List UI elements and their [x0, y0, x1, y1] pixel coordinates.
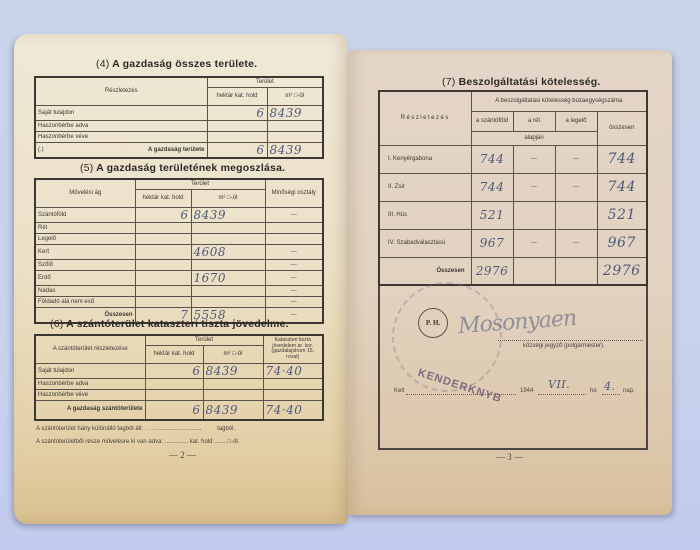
- left-page: (4) A gazdaság összes területe. Részlete…: [14, 34, 348, 524]
- table-row: Haszonbérbe adva: [35, 120, 323, 131]
- day-line: [602, 394, 620, 395]
- header-reszletezes: A szántóterület részletezése: [35, 335, 145, 363]
- header-reszletezes: Részletezés: [379, 91, 471, 145]
- seal-placeholder: P. H.: [418, 308, 448, 338]
- table-row: Haszonbérbe adva: [35, 378, 323, 389]
- month: VII.: [548, 378, 570, 391]
- table-row: Haszonbérbe véve: [35, 131, 323, 142]
- header-muvelesi-ag: Művelési ág: [35, 179, 135, 207]
- header-total: összesen: [597, 111, 647, 145]
- section7-title: (7) Beszolgáltatási kötelesség.: [442, 76, 601, 88]
- day-suffix: nap.: [623, 388, 635, 394]
- table-row: Saját tulajdon 6 8439 74·40: [35, 363, 323, 378]
- month-suffix: hó: [590, 388, 597, 394]
- month-line: [538, 394, 586, 395]
- table-row: Haszonbérbe véve: [35, 389, 323, 400]
- table-row: Nádas —: [35, 285, 323, 296]
- total-row: A gazdaság szántóterülete 6 8439 74·40: [35, 400, 323, 420]
- section4-title: (4) A gazdaság összes területe.: [96, 58, 257, 70]
- parcel-count-line: A szántóterület hány különálló tagból ál…: [36, 426, 235, 432]
- page-number-3: — 3 —: [496, 452, 523, 462]
- right-page: (7) Beszolgáltatási kötelesség. Részlete…: [348, 50, 672, 515]
- table-row: Kert 4608 —: [35, 244, 323, 259]
- leased-area-line: A szántóterületből része művelésre ki va…: [36, 439, 239, 445]
- page-number-2: — 2 —: [169, 450, 196, 460]
- section7-table: Részletezés A beszolgáltatási kötelesség…: [378, 90, 648, 286]
- total-row: Összesen 2976 2976: [379, 257, 647, 285]
- header-hectare: hektár kat. hold: [207, 87, 267, 105]
- table-row: II. Zsír 744 — — 744: [379, 173, 647, 201]
- table-row: III. Hús 521 521: [379, 201, 647, 229]
- signature-line: [498, 340, 643, 341]
- section5-table: Művelési ág Terület Minőségi osztály hek…: [34, 178, 324, 324]
- section6-table: A szántóterület részletezése Terület Kat…: [34, 334, 324, 421]
- header-arable: a szántóföld: [471, 111, 513, 131]
- header-terulet: Terület: [207, 77, 323, 87]
- header-group: A beszolgáltatási kötelesség búzaegységs…: [471, 91, 647, 111]
- header-terulet: Terület: [145, 335, 263, 345]
- year: 1944: [520, 388, 533, 394]
- header-hectare: hektár kat. hold: [145, 345, 203, 363]
- header-income: Kataszteri tiszta jövedelem ar. kor. (ga…: [263, 335, 323, 363]
- table-row: Földadó alá nem eső —: [35, 296, 323, 307]
- table-row: Legelő: [35, 233, 323, 244]
- table-row: Saját tulajdon 6 8439: [35, 105, 323, 120]
- header-hectare: hektár kat. hold: [135, 189, 191, 207]
- dated-label: Kelt: [394, 388, 404, 394]
- header-basis: alapján: [471, 131, 597, 145]
- header-pasture: a legelő: [555, 111, 597, 131]
- place-line: [406, 394, 516, 395]
- header-sqm: m² □-öl: [191, 189, 265, 207]
- section5-title: (5) A gazdaság területének megoszlása.: [80, 162, 285, 174]
- signer-title: községi jegyző (polgármester).: [523, 343, 605, 349]
- table-row: Szántóföld 6 8439 —: [35, 207, 323, 222]
- section4-table: Részletezés Terület hektár kat. hold m² …: [34, 76, 324, 159]
- header-sqm: m² □-öl: [203, 345, 263, 363]
- section6-title: (6) A szántóterület kataszteri tiszta jö…: [50, 318, 289, 330]
- header-terulet: Terület: [135, 179, 265, 189]
- header-sqm: m² □-öl: [267, 87, 323, 105]
- header-reszletezes: Részletezés: [35, 77, 207, 105]
- header-quality: Minőségi osztály: [265, 179, 323, 207]
- header-meadow: a rét: [513, 111, 555, 131]
- table-row: Szőlő —: [35, 259, 323, 270]
- table-row: I. Kenyérgabona 744 — — 744: [379, 145, 647, 173]
- table-row: Rét: [35, 222, 323, 233]
- day: 4.: [604, 380, 616, 393]
- total-row: (.) A gazdaság területe 6 8439: [35, 142, 323, 158]
- table-row: Erdő 1670 —: [35, 270, 323, 285]
- table-row: IV. Szabadválasztású 967 — — 967: [379, 229, 647, 257]
